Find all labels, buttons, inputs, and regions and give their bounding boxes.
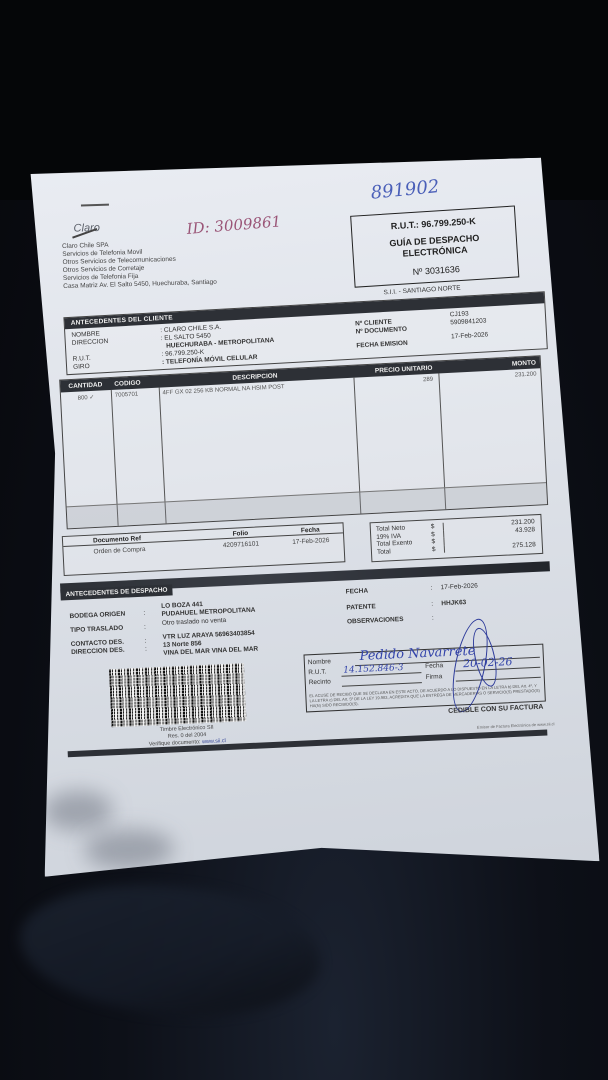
pdf417-barcode <box>109 663 246 727</box>
totals-box: Total Neto $ 231.200 19% IVA $ 43.928 To… <box>370 514 544 562</box>
rc-rut-label: R.U.T. <box>308 668 326 676</box>
tipo-label: TIPO TRASLADO <box>70 625 123 635</box>
n-documento-value: 5909841203 <box>450 317 487 327</box>
tipo-value: Otro traslado no venta <box>162 617 227 628</box>
patente-value: HHJK63 <box>441 599 466 608</box>
cell-codigo: 7005701 <box>111 391 159 400</box>
ref-cell-fecha: 17-Feb-2026 <box>278 536 343 546</box>
n-documento-label: Nº DOCUMENTO <box>355 326 407 337</box>
col-codigo: CODIGO <box>110 378 158 387</box>
ref-cell-folio: 4209716101 <box>203 540 278 551</box>
giro-label: GIRO <box>73 363 90 372</box>
handwritten-id: ID: 3009861 <box>186 212 282 238</box>
footer-note: Emisor de Factura Electrónica de www.sii… <box>477 721 555 730</box>
cell-cantidad: 800 ✓ <box>61 393 111 403</box>
observaciones-label: OBSERVACIONES <box>347 616 404 627</box>
fecha-label: FECHA <box>346 588 369 597</box>
document-number: Nº 3031636 <box>355 260 518 280</box>
rc-firma-label: Firma <box>425 673 442 681</box>
rc-line <box>342 682 422 687</box>
fecha-emision-label: FECHA EMISION <box>356 340 408 351</box>
sii-office: S.I.I. - SANTIAGO NORTE <box>383 285 460 297</box>
dispatch-section: ANTECEDENTES DE DESPACHO BODEGA ORIGEN :… <box>60 561 557 758</box>
direccion-label: DIRECCION <box>72 338 109 348</box>
items-body: 800 ✓ 7005701 4FF GX 02 256 KB NORMAL NA… <box>61 368 547 528</box>
reference-table: Documento Ref Folio Fecha Orden de Compr… <box>62 522 346 576</box>
items-table: CANTIDAD CODIGO DESCRIPCION PRECIO UNITA… <box>59 355 548 529</box>
colon: : <box>431 601 433 609</box>
rc-recinto-label: Recinto <box>309 678 331 686</box>
fecha-value: 17-Feb-2026 <box>440 583 478 593</box>
rc-fecha-label: Fecha <box>425 662 443 670</box>
document-type: GUÍA DE DESPACHO ELECTRÓNICA <box>353 230 517 262</box>
total-label: Total <box>372 546 432 556</box>
col-cantidad: CANTIDAD <box>60 381 110 391</box>
colon: : <box>432 615 434 623</box>
issuer-rut: R.U.T.: 96.799.250-K <box>352 214 515 234</box>
colon: : <box>430 585 432 593</box>
colon: : <box>144 624 146 632</box>
colon: : <box>145 646 147 654</box>
receipt-box: Nombre Pedido Navarrete R.U.T. 14.152.84… <box>303 644 545 713</box>
fecha-emision-value: 17-Feb-2026 <box>451 331 489 341</box>
colon: : <box>143 610 145 618</box>
handwritten-number: 891902 <box>370 176 440 204</box>
rc-nombre-label: Nombre <box>308 658 331 666</box>
shadow <box>83 828 174 870</box>
ref-cell-doc: Orden de Compra <box>63 543 203 557</box>
cell-precio: 289 <box>352 376 437 387</box>
company-info: Claro Chile SPA Servicios de Telefonia M… <box>62 239 217 291</box>
dispatch-guide-paper: Claro ID: 3009861 Claro Chile SPA Servic… <box>25 157 599 877</box>
cell-monto: 231.200 <box>437 371 541 383</box>
colon: : <box>145 638 147 646</box>
shadow <box>42 790 113 832</box>
bodega-label: BODEGA ORIGEN <box>69 611 125 622</box>
direccion-des-label: DIRECCION DES. <box>71 647 125 657</box>
total-currency: $ <box>432 545 444 553</box>
staple-mark <box>81 204 109 207</box>
contacto-value: VTR LUZ ARAYA 56963403854 <box>162 630 255 642</box>
document-type-box: R.U.T.: 96.799.250-K GUÍA DE DESPACHO EL… <box>350 205 519 287</box>
fabric-background <box>20 885 320 1015</box>
patente-label: PATENTE <box>346 603 376 612</box>
